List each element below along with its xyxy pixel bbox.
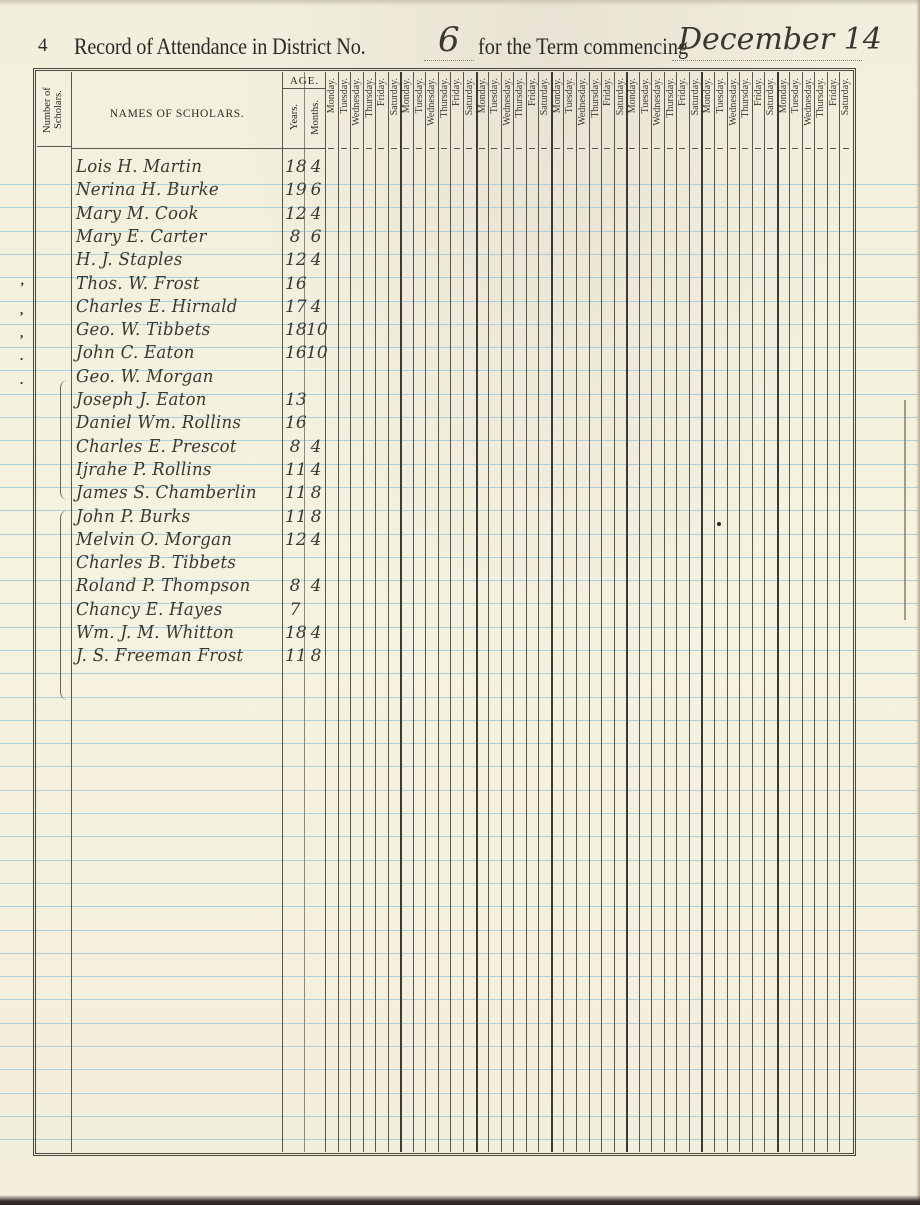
row-divider (72, 148, 282, 149)
day-header-tick (654, 148, 660, 149)
day-header-tick (667, 148, 673, 149)
age-years: 11 (285, 646, 305, 666)
day-header-tick (504, 148, 510, 149)
day-header-tick (717, 148, 723, 149)
day-header-tick (692, 148, 698, 149)
day-header-tick (378, 148, 384, 149)
age-years: 19 (285, 180, 305, 200)
age-years: 16 (285, 274, 305, 294)
scholar-name: John C. Eaton (76, 342, 195, 363)
age-months: 8 (306, 507, 326, 527)
age-years: 18 (285, 157, 305, 177)
day-header-tick (579, 148, 585, 149)
age-years: 8 (285, 576, 305, 596)
age-months: 10 (306, 343, 326, 363)
day-header-tick (755, 148, 761, 149)
district-dotted-line (424, 60, 474, 61)
day-header-tick (328, 148, 334, 149)
title-prefix: Record of Attendance in District No. (74, 34, 366, 60)
page-bottom-edge (0, 1195, 920, 1205)
day-header-tick (479, 148, 485, 149)
ink-blot (717, 522, 721, 526)
age-months: 4 (306, 250, 326, 270)
age-years: 11 (285, 483, 305, 503)
day-header-tick (780, 148, 786, 149)
day-header-saturday: Saturday. (538, 72, 551, 148)
day-header-tick (642, 148, 648, 149)
day-header-wednesday: Wednesday. (350, 72, 363, 148)
age-years: 11 (285, 507, 305, 527)
day-header-tick (516, 148, 522, 149)
scholar-name: Thos. W. Frost (76, 273, 200, 294)
day-header-tick (767, 148, 773, 149)
scholar-name: John P. Burks (76, 506, 190, 527)
scholar-row: J. S. Freeman Frost118 (0, 649, 920, 672)
day-header-monday: Monday. (626, 72, 639, 148)
scholar-name: Ijrahe P. Rollins (76, 459, 212, 480)
scholar-name: Mary M. Cook (76, 203, 199, 224)
day-header-tick (541, 148, 547, 149)
day-header-tick (843, 148, 849, 149)
day-header-tick (466, 148, 472, 149)
age-months: 6 (306, 180, 326, 200)
day-header-friday: Friday. (375, 72, 388, 148)
age-years: 18 (285, 623, 305, 643)
term-commencing-date: December 14 (678, 22, 882, 57)
age-months: 10 (306, 320, 326, 340)
age-months: 4 (306, 297, 326, 317)
margin-tick-mark: . (20, 348, 23, 364)
age-months: 4 (306, 460, 326, 480)
scholar-name: Wm. J. M. Whitton (76, 622, 234, 643)
day-header-tick (454, 148, 460, 149)
age-months: 4 (306, 576, 326, 596)
day-header-tuesday: Tuesday. (563, 72, 576, 148)
age-years: 18 (285, 320, 305, 340)
term-dotted-line (672, 60, 862, 61)
scholar-name: Daniel Wm. Rollins (76, 412, 241, 433)
day-header-monday: Monday. (325, 72, 338, 148)
age-months: 4 (306, 530, 326, 550)
header-age: AGE. (283, 75, 326, 87)
ink-bracket-mark (60, 510, 71, 700)
age-years: 16 (285, 413, 305, 433)
age-years: 16 (285, 343, 305, 363)
day-header-tick (617, 148, 623, 149)
scholar-name: Joseph J. Eaton (76, 389, 207, 410)
scholar-name: Lois H. Martin (76, 156, 202, 177)
scholar-name: H. J. Staples (76, 249, 183, 270)
day-header-saturday: Saturday. (463, 72, 476, 148)
age-years: 8 (285, 227, 305, 247)
scholar-name: J. S. Freeman Frost (76, 645, 243, 666)
age-years: 7 (285, 600, 305, 620)
page-heading: 4 Record of Attendance in District No. 6… (38, 30, 880, 70)
margin-tick-mark: . (20, 372, 23, 388)
age-months: 6 (306, 227, 326, 247)
day-header-tick (554, 148, 560, 149)
day-header-wednesday: Wednesday. (576, 72, 589, 148)
day-header-friday: Friday. (450, 72, 463, 148)
day-header-tick (416, 148, 422, 149)
scholar-name: Charles E. Hirnald (76, 296, 238, 317)
day-header-tick (567, 148, 573, 149)
day-header-tick (429, 148, 435, 149)
day-header-tick (491, 148, 497, 149)
page-right-edge (916, 0, 920, 1205)
age-years: 13 (285, 390, 305, 410)
day-header-tick (366, 148, 372, 149)
age-months: 4 (306, 204, 326, 224)
row-divider (283, 148, 325, 149)
day-header-saturday: Saturday. (764, 72, 777, 148)
day-header-tick (679, 148, 685, 149)
day-header-tick (805, 148, 811, 149)
day-header-tick (341, 148, 347, 149)
age-months: 4 (306, 437, 326, 457)
age-years: 12 (285, 250, 305, 270)
age-years: 11 (285, 460, 305, 480)
day-header-thursday: Thursday. (814, 72, 827, 148)
scholar-name: James S. Chamberlin (76, 482, 257, 503)
scholar-name: Roland P. Thompson (76, 575, 251, 596)
day-header-saturday: Saturday. (839, 72, 852, 148)
day-header-tick (604, 148, 610, 149)
day-header-tick (529, 148, 535, 149)
header-number-of-scholars: Number of Scholars. (37, 75, 71, 145)
scholar-name: Nerina H. Burke (76, 179, 219, 200)
ink-bracket-mark (60, 380, 71, 500)
scholar-name: Mary E. Carter (76, 226, 207, 247)
day-header-tuesday: Tuesday. (488, 72, 501, 148)
day-header-thursday: Thursday. (739, 72, 752, 148)
day-header-tick (403, 148, 409, 149)
day-header-tick (817, 148, 823, 149)
header-names-of-scholars: NAMES OF SCHOLARS. (72, 108, 282, 120)
page-top-shadow (0, 0, 920, 6)
age-months: 4 (306, 157, 326, 177)
day-header-tuesday: Tuesday. (789, 72, 802, 148)
age-months: 8 (306, 646, 326, 666)
day-header-friday: Friday. (601, 72, 614, 148)
age-months: 4 (306, 623, 326, 643)
day-header-tick (730, 148, 736, 149)
day-header-tick (830, 148, 836, 149)
row-divider (37, 146, 71, 147)
title-suffix: for the Term commencing (478, 34, 688, 60)
age-years: 12 (285, 530, 305, 550)
district-number: 6 (438, 20, 460, 60)
day-header-tick (353, 148, 359, 149)
day-header-tick (792, 148, 798, 149)
day-header-tick (441, 148, 447, 149)
day-header-tick (742, 148, 748, 149)
header-months: Months. (305, 88, 325, 146)
day-header-tick (705, 148, 711, 149)
age-years: 12 (285, 204, 305, 224)
margin-tick-mark: ’ (20, 279, 24, 295)
day-header-tick (391, 148, 397, 149)
day-header-wednesday: Wednesday. (651, 72, 664, 148)
scholar-name: Geo. W. Tibbets (76, 319, 211, 340)
day-header-thursday: Thursday. (513, 72, 526, 148)
page-number: 4 (38, 35, 48, 57)
day-header-tuesday: Tuesday. (714, 72, 727, 148)
day-header-tick (629, 148, 635, 149)
day-header-monday: Monday. (400, 72, 413, 148)
scholar-name: Charles E. Prescot (76, 436, 237, 457)
scholar-name: Geo. W. Morgan (76, 366, 214, 387)
day-header-monday: Monday. (701, 72, 714, 148)
page-tear-edge (904, 400, 914, 620)
scholar-name: Melvin O. Morgan (76, 529, 232, 550)
margin-tick-mark: , (20, 325, 23, 341)
day-header-friday: Friday. (676, 72, 689, 148)
day-header-wednesday: Wednesday. (425, 72, 438, 148)
header-years: Years. (284, 88, 304, 146)
day-header-tick (592, 148, 598, 149)
age-years: 17 (285, 297, 305, 317)
scholar-name: Charles B. Tibbets (76, 552, 236, 573)
age-years: 8 (285, 437, 305, 457)
margin-tick-mark: , (20, 302, 23, 318)
age-months: 8 (306, 483, 326, 503)
scholar-name: Chancy E. Hayes (76, 599, 222, 620)
